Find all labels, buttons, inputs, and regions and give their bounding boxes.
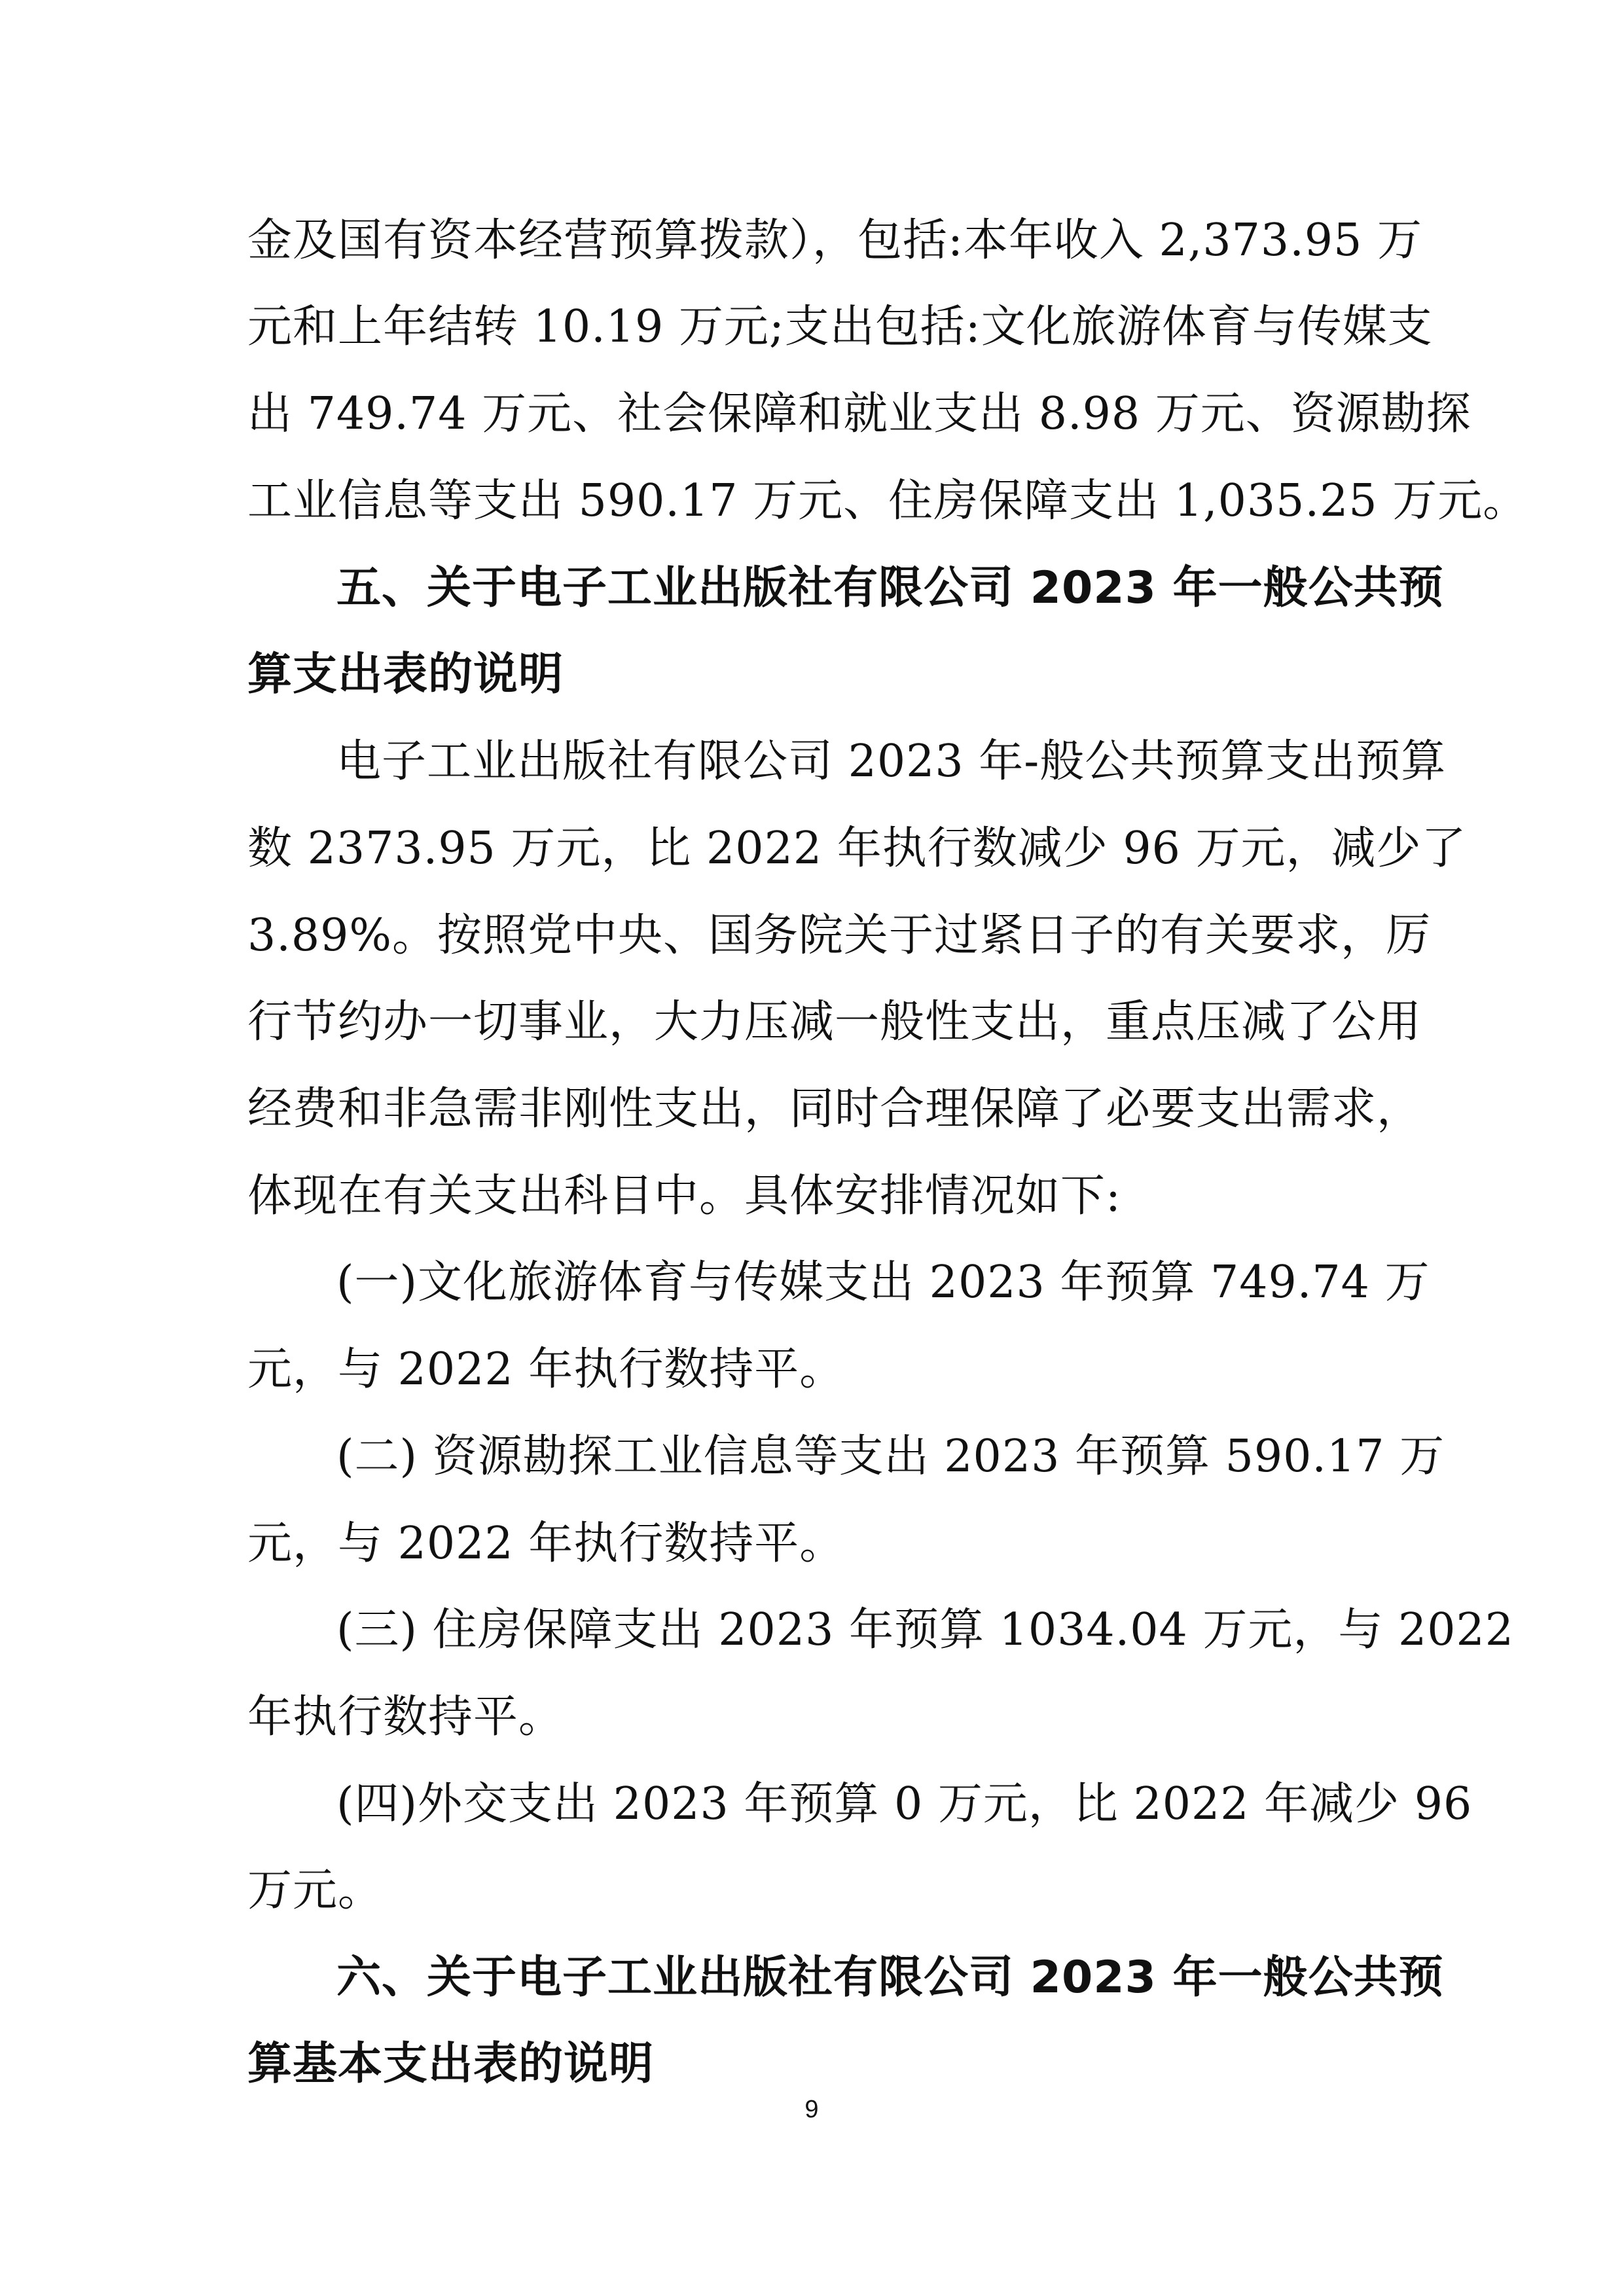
body-line: 电子工业出版社有限公司 2023 年-般公共预算支出预算 (336, 729, 1383, 795)
document-page: 金及国有资本经营预算拨款），包括:本年收入 2,373.95 万 元和上年结转 … (0, 0, 1624, 2296)
body-line: 体现在有关支出科目中。具体安排情况如下: (247, 1164, 1383, 1229)
body-line: 工业信息等支出 590.17 万元、住房保障支出 1,035.25 万元。 (247, 469, 1383, 534)
section-heading: 六、关于电子工业出版社有限公司 2023 年一般公共预 (336, 1945, 1383, 2011)
body-line: 元和上年结转 10.19 万元;支出包括:文化旅游体育与传媒支 (247, 295, 1383, 360)
list-item-line: 元，与 2022 年执行数持平。 (247, 1337, 1383, 1403)
body-line: 出 749.74 万元、社会保障和就业支出 8.98 万元、资源勘探 (247, 382, 1383, 447)
section-heading: 五、关于电子工业出版社有限公司 2023 年一般公共预 (336, 556, 1383, 621)
list-item-line: 年执行数持平。 (247, 1685, 1383, 1750)
body-line: 3.89%。按照党中央、国务院关于过紧日子的有关要求，厉 (247, 903, 1383, 969)
list-item-line: 元，与 2022 年执行数持平。 (247, 1511, 1383, 1577)
section-heading: 算支出表的说明 (247, 642, 1383, 708)
section-heading: 算基本支出表的说明 (247, 2032, 1383, 2097)
list-item-line: (四)外交支出 2023 年预算 0 万元，比 2022 年减少 96 (336, 1772, 1383, 1837)
body-line: 经费和非急需非刚性支出，同时合理保障了必要支出需求， (247, 1077, 1383, 1142)
body-line: 金及国有资本经营预算拨款），包括:本年收入 2,373.95 万 (247, 208, 1383, 274)
list-item-line: 万元。 (247, 1858, 1383, 1924)
body-line: 数 2373.95 万元，比 2022 年执行数减少 96 万元，减少了 (247, 816, 1383, 882)
page-number: 9 (779, 2093, 844, 2126)
body-line: 行节约办一切事业，大力压减一般性支出，重点压减了公用 (247, 990, 1383, 1055)
list-item-line: (二) 资源勘探工业信息等支出 2023 年预算 590.17 万 (336, 1424, 1383, 1490)
list-item-line: (三) 住房保障支出 2023 年预算 1034.04 万元，与 2022 (336, 1598, 1383, 1663)
list-item-line: (一)文化旅游体育与传媒支出 2023 年预算 749.74 万 (336, 1250, 1383, 1316)
